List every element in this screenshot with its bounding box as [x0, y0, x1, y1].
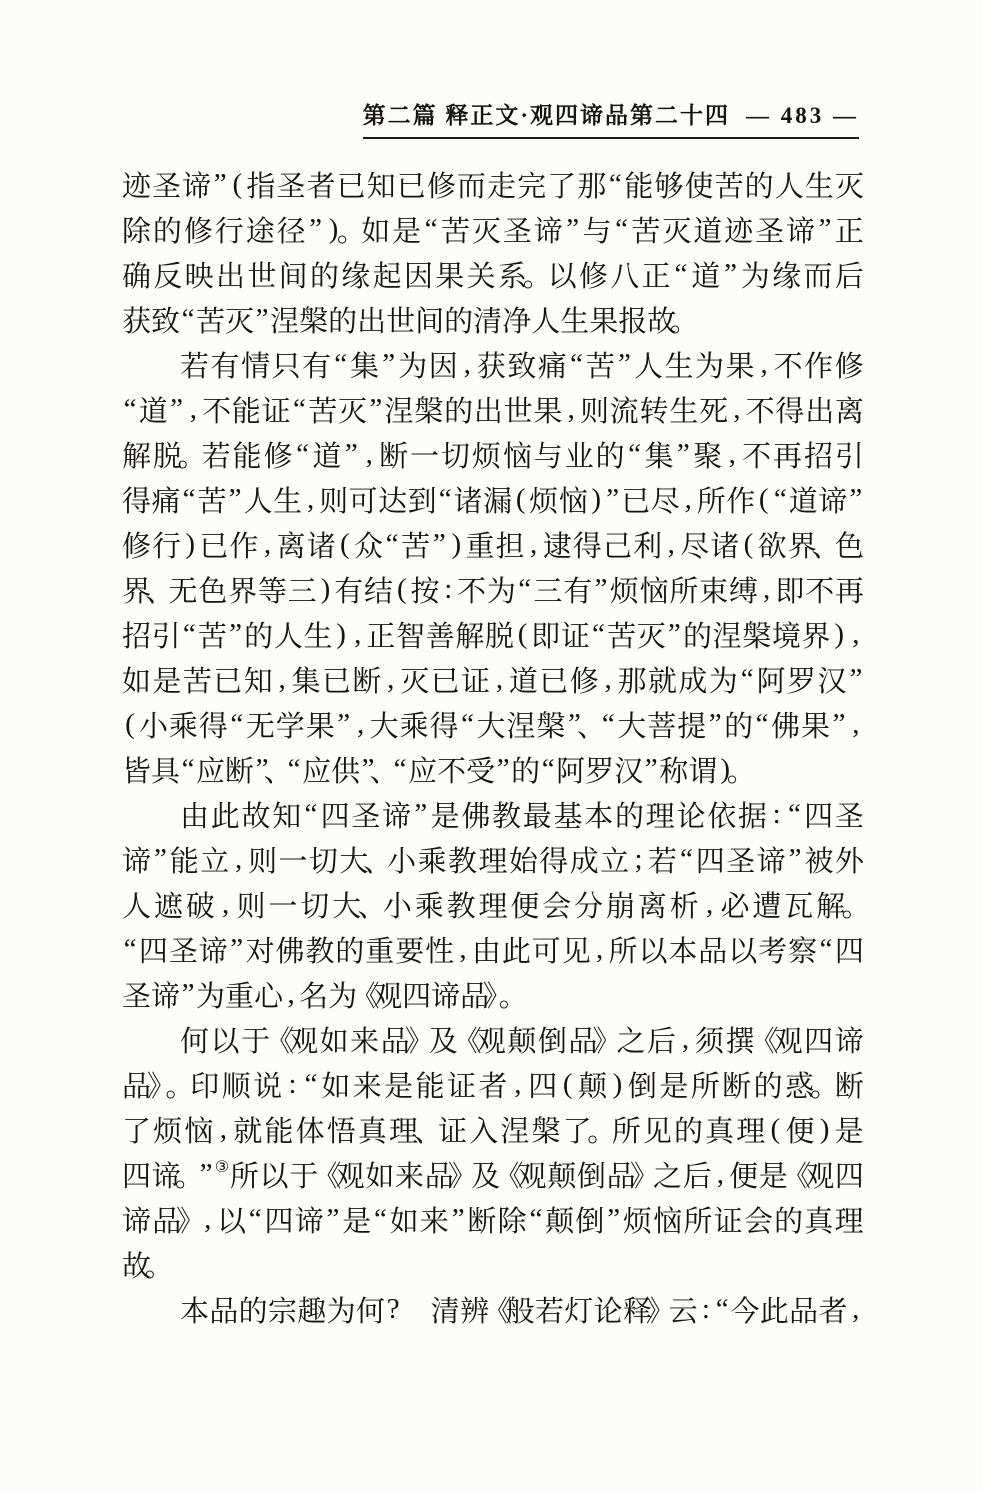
text-line: 界、无色界等三)有结(按:不为“三有”烦恼所束缚,即不再 [122, 567, 864, 612]
text-line: 确反映出世间的缘起因果关系。以修八正“道”为缘而后 [122, 252, 864, 297]
text-line: 谛品》,以“四谛”是“如来”断除“颠倒”烦恼所证会的真理 [122, 1197, 864, 1242]
paragraph: 由此故知“四圣谛”是佛教最基本的理论依据:“四圣 谛”能立,则一切大、小乘教理始… [122, 792, 864, 1017]
text-line: 得痛“苦”人生,则可达到“诸漏(烦恼)”已尽,所作(“道谛” [122, 477, 864, 522]
text-line: 修行)已作,离诸(众“苦”)重担,逮得己利,尽诸(欲界、色 [122, 522, 864, 567]
header-title: 第二篇 释正文·观四谛品第二十四 [363, 103, 730, 128]
text-line: 获致“苦灭”涅槃的出世间的清净人生果报故。 [122, 297, 864, 342]
text-line: 何以于《观如来品》及《观颠倒品》之后,须撰《观四谛 [122, 1017, 864, 1062]
paragraph: 迹圣谛”(指圣者已知已修而走完了那“能够使苦的人生灭 除的修行途径”)。如是“苦… [122, 162, 864, 342]
text-line: 迹圣谛”(指圣者已知已修而走完了那“能够使苦的人生灭 [122, 162, 864, 207]
running-header: 第二篇 释正文·观四谛品第二十四— 483 — [363, 97, 859, 139]
text-line: 由此故知“四圣谛”是佛教最基本的理论依据:“四圣 [122, 792, 864, 837]
paragraph: 何以于《观如来品》及《观颠倒品》之后,须撰《观四谛 品》。印顺说:“如来是能证者… [122, 1017, 864, 1287]
text-line: 谛”能立,则一切大、小乘教理始得成立;若“四圣谛”被外 [122, 837, 864, 882]
text-line: (小乘得“无学果”,大乘得“大涅槃”、“大菩提”的“佛果”, [122, 702, 864, 747]
text-line: “四圣谛”对佛教的重要性,由此可见,所以本品以考察“四 [122, 927, 864, 972]
text-block: 迹圣谛”(指圣者已知已修而走完了那“能够使苦的人生灭 除的修行途径”)。如是“苦… [122, 162, 864, 1332]
text-line: 了烦恼,就能体悟真理、证入涅槃了。所见的真理(便)是 [122, 1107, 864, 1152]
text-line: 除的修行途径”)。如是“苦灭圣谛”与“苦灭道迹圣谛”正 [122, 207, 864, 252]
text-line: 品》。印顺说:“如来是能证者,四(颠)倒是所断的惑。断 [122, 1062, 864, 1107]
text-line: 皆具“应断”、“应供”、“应不受”的“阿罗汉”称谓)。 [122, 747, 864, 792]
text-line: “道”,不能证“苦灭”涅槃的出世果,则流转生死,不得出离 [122, 387, 864, 432]
text-line: 四谛。”③所以于《观如来品》及《观颠倒品》之后,便是《观四 [122, 1152, 864, 1197]
text-line: 圣谛”为重心,名为《观四谛品》。 [122, 972, 864, 1017]
paragraph: 若有情只有“集”为因,获致痛“苦”人生为果,不作修 “道”,不能证“苦灭”涅槃的… [122, 342, 864, 792]
book-page: 第二篇 释正文·观四谛品第二十四— 483 — 迹圣谛”(指圣者已知已修而走完了… [0, 0, 983, 1491]
text-line: 解脱。若能修“道”,断一切烦恼与业的“集”聚,不再招引 [122, 432, 864, 477]
text-line: 招引“苦”的人生),正智善解脱(即证“苦灭”的涅槃境界), [122, 612, 864, 657]
text-line: 人遮破,则一切大、小乘教理便会分崩离析,必遭瓦解。 [122, 882, 864, 927]
paragraph: 本品的宗趣为何? 清辨《般若灯论释》云:“今此品者, [122, 1287, 864, 1332]
text-line: 若有情只有“集”为因,获致痛“苦”人生为果,不作修 [122, 342, 864, 387]
page-number: — 483 — [746, 103, 859, 128]
text-line: 故。 [122, 1242, 864, 1287]
text-line: 如是苦已知,集已断,灭已证,道已修,那就成为“阿罗汉” [122, 657, 864, 702]
text-line: 本品的宗趣为何? 清辨《般若灯论释》云:“今此品者, [122, 1287, 864, 1332]
